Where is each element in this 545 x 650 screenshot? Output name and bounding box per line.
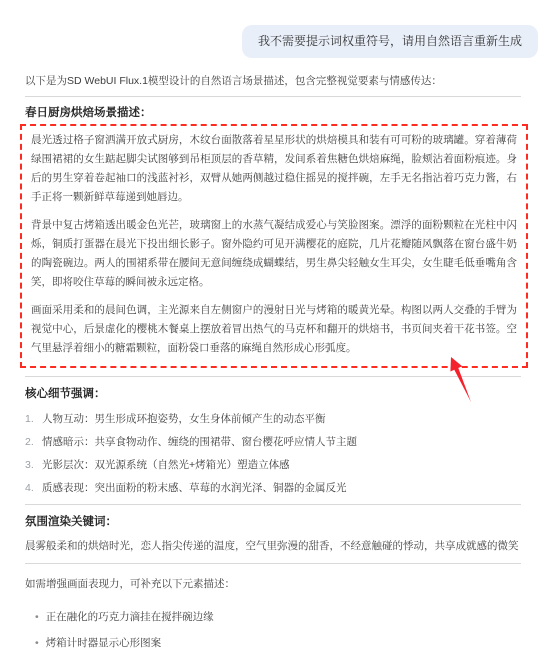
list-item-text: 光影层次：双光源系统（自然光+烤箱光）塑造立体感 xyxy=(42,456,290,475)
user-message-row: 我不需要提示词权重符号，请用自然语言重新生成 xyxy=(0,0,545,58)
assistant-intro-text: 以下是为SD WebUI Flux.1模型设计的自然语言场景描述，包含完整视觉要… xyxy=(25,72,521,91)
atmosphere-text: 晨雾般柔和的烘焙时光，恋人指尖传递的温度，空气里弥漫的甜香，不经意触碰的悸动，共… xyxy=(25,537,521,556)
list-item: • 正在融化的巧克力滴挂在搅拌碗边缘 xyxy=(35,608,521,627)
bullet-text: 烤箱计时器显示心形图案 xyxy=(46,634,162,650)
list-item-number: 4. xyxy=(25,479,37,498)
list-item: 2. 情感暗示：共享食物动作、缠绕的围裙带、窗台樱花呼应情人节主题 xyxy=(25,433,521,452)
section-divider xyxy=(25,96,521,97)
section-divider xyxy=(25,376,521,377)
enhance-list: • 正在融化的巧克力滴挂在搅拌碗边缘 • 烤箱计时器显示心形图案 xyxy=(25,608,521,650)
scene-paragraph-3: 画面采用柔和的晨间色调，主光源来自左侧窗户的漫射日光与烤箱的暖黄光晕。构图以两人… xyxy=(31,301,517,358)
list-item-text: 质感表现：突出面粉的粉末感、草莓的水润光泽、铜器的金属反光 xyxy=(42,479,347,498)
list-item-number: 1. xyxy=(25,410,37,429)
scene-heading: 春日厨房烘焙场景描述： xyxy=(25,105,521,121)
core-details-list: 1. 人物互动：男生形成环抱姿势，女生身体前倾产生的动态平衡 2. 情感暗示：共… xyxy=(25,410,521,498)
list-item: 3. 光影层次：双光源系统（自然光+烤箱光）塑造立体感 xyxy=(25,456,521,475)
atmosphere-heading: 氛围渲染关键词： xyxy=(25,514,521,530)
core-details-heading: 核心细节强调： xyxy=(25,386,521,402)
scene-paragraph-2: 背景中复古烤箱透出暖金色光芒，玻璃窗上的水蒸气凝结成爱心与笑脸图案。漂浮的面粉颗… xyxy=(31,216,517,292)
scene-paragraph-1: 晨光透过格子窗洒满开放式厨房，木纹台面散落着星星形状的烘焙模具和装有可可粉的玻璃… xyxy=(31,131,517,207)
chat-page: 我不需要提示词权重符号，请用自然语言重新生成 以下是为SD WebUI Flux… xyxy=(0,0,545,650)
list-item-number: 2. xyxy=(25,433,37,452)
bullet-icon: • xyxy=(35,634,39,650)
assistant-message: 以下是为SD WebUI Flux.1模型设计的自然语言场景描述，包含完整视觉要… xyxy=(0,72,545,650)
user-message-bubble: 我不需要提示词权重符号，请用自然语言重新生成 xyxy=(242,25,538,58)
list-item: 1. 人物互动：男生形成环抱姿势，女生身体前倾产生的动态平衡 xyxy=(25,410,521,429)
list-item-number: 3. xyxy=(25,456,37,475)
list-item-text: 情感暗示：共享食物动作、缠绕的围裙带、窗台樱花呼应情人节主题 xyxy=(42,433,357,452)
section-divider xyxy=(25,504,521,505)
section-divider xyxy=(25,563,521,564)
list-item-text: 人物互动：男生形成环抱姿势，女生身体前倾产生的动态平衡 xyxy=(42,410,326,429)
bullet-icon: • xyxy=(35,608,39,627)
list-item: 4. 质感表现：突出面粉的粉末感、草莓的水润光泽、铜器的金属反光 xyxy=(25,479,521,498)
enhance-intro-text: 如需增强画面表现力，可补充以下元素描述： xyxy=(25,575,521,594)
bullet-text: 正在融化的巧克力滴挂在搅拌碗边缘 xyxy=(46,608,214,627)
list-item: • 烤箱计时器显示心形图案 xyxy=(35,634,521,650)
annotation-box: 晨光透过格子窗洒满开放式厨房，木纹台面散落着星星形状的烘焙模具和装有可可粉的玻璃… xyxy=(20,124,528,368)
